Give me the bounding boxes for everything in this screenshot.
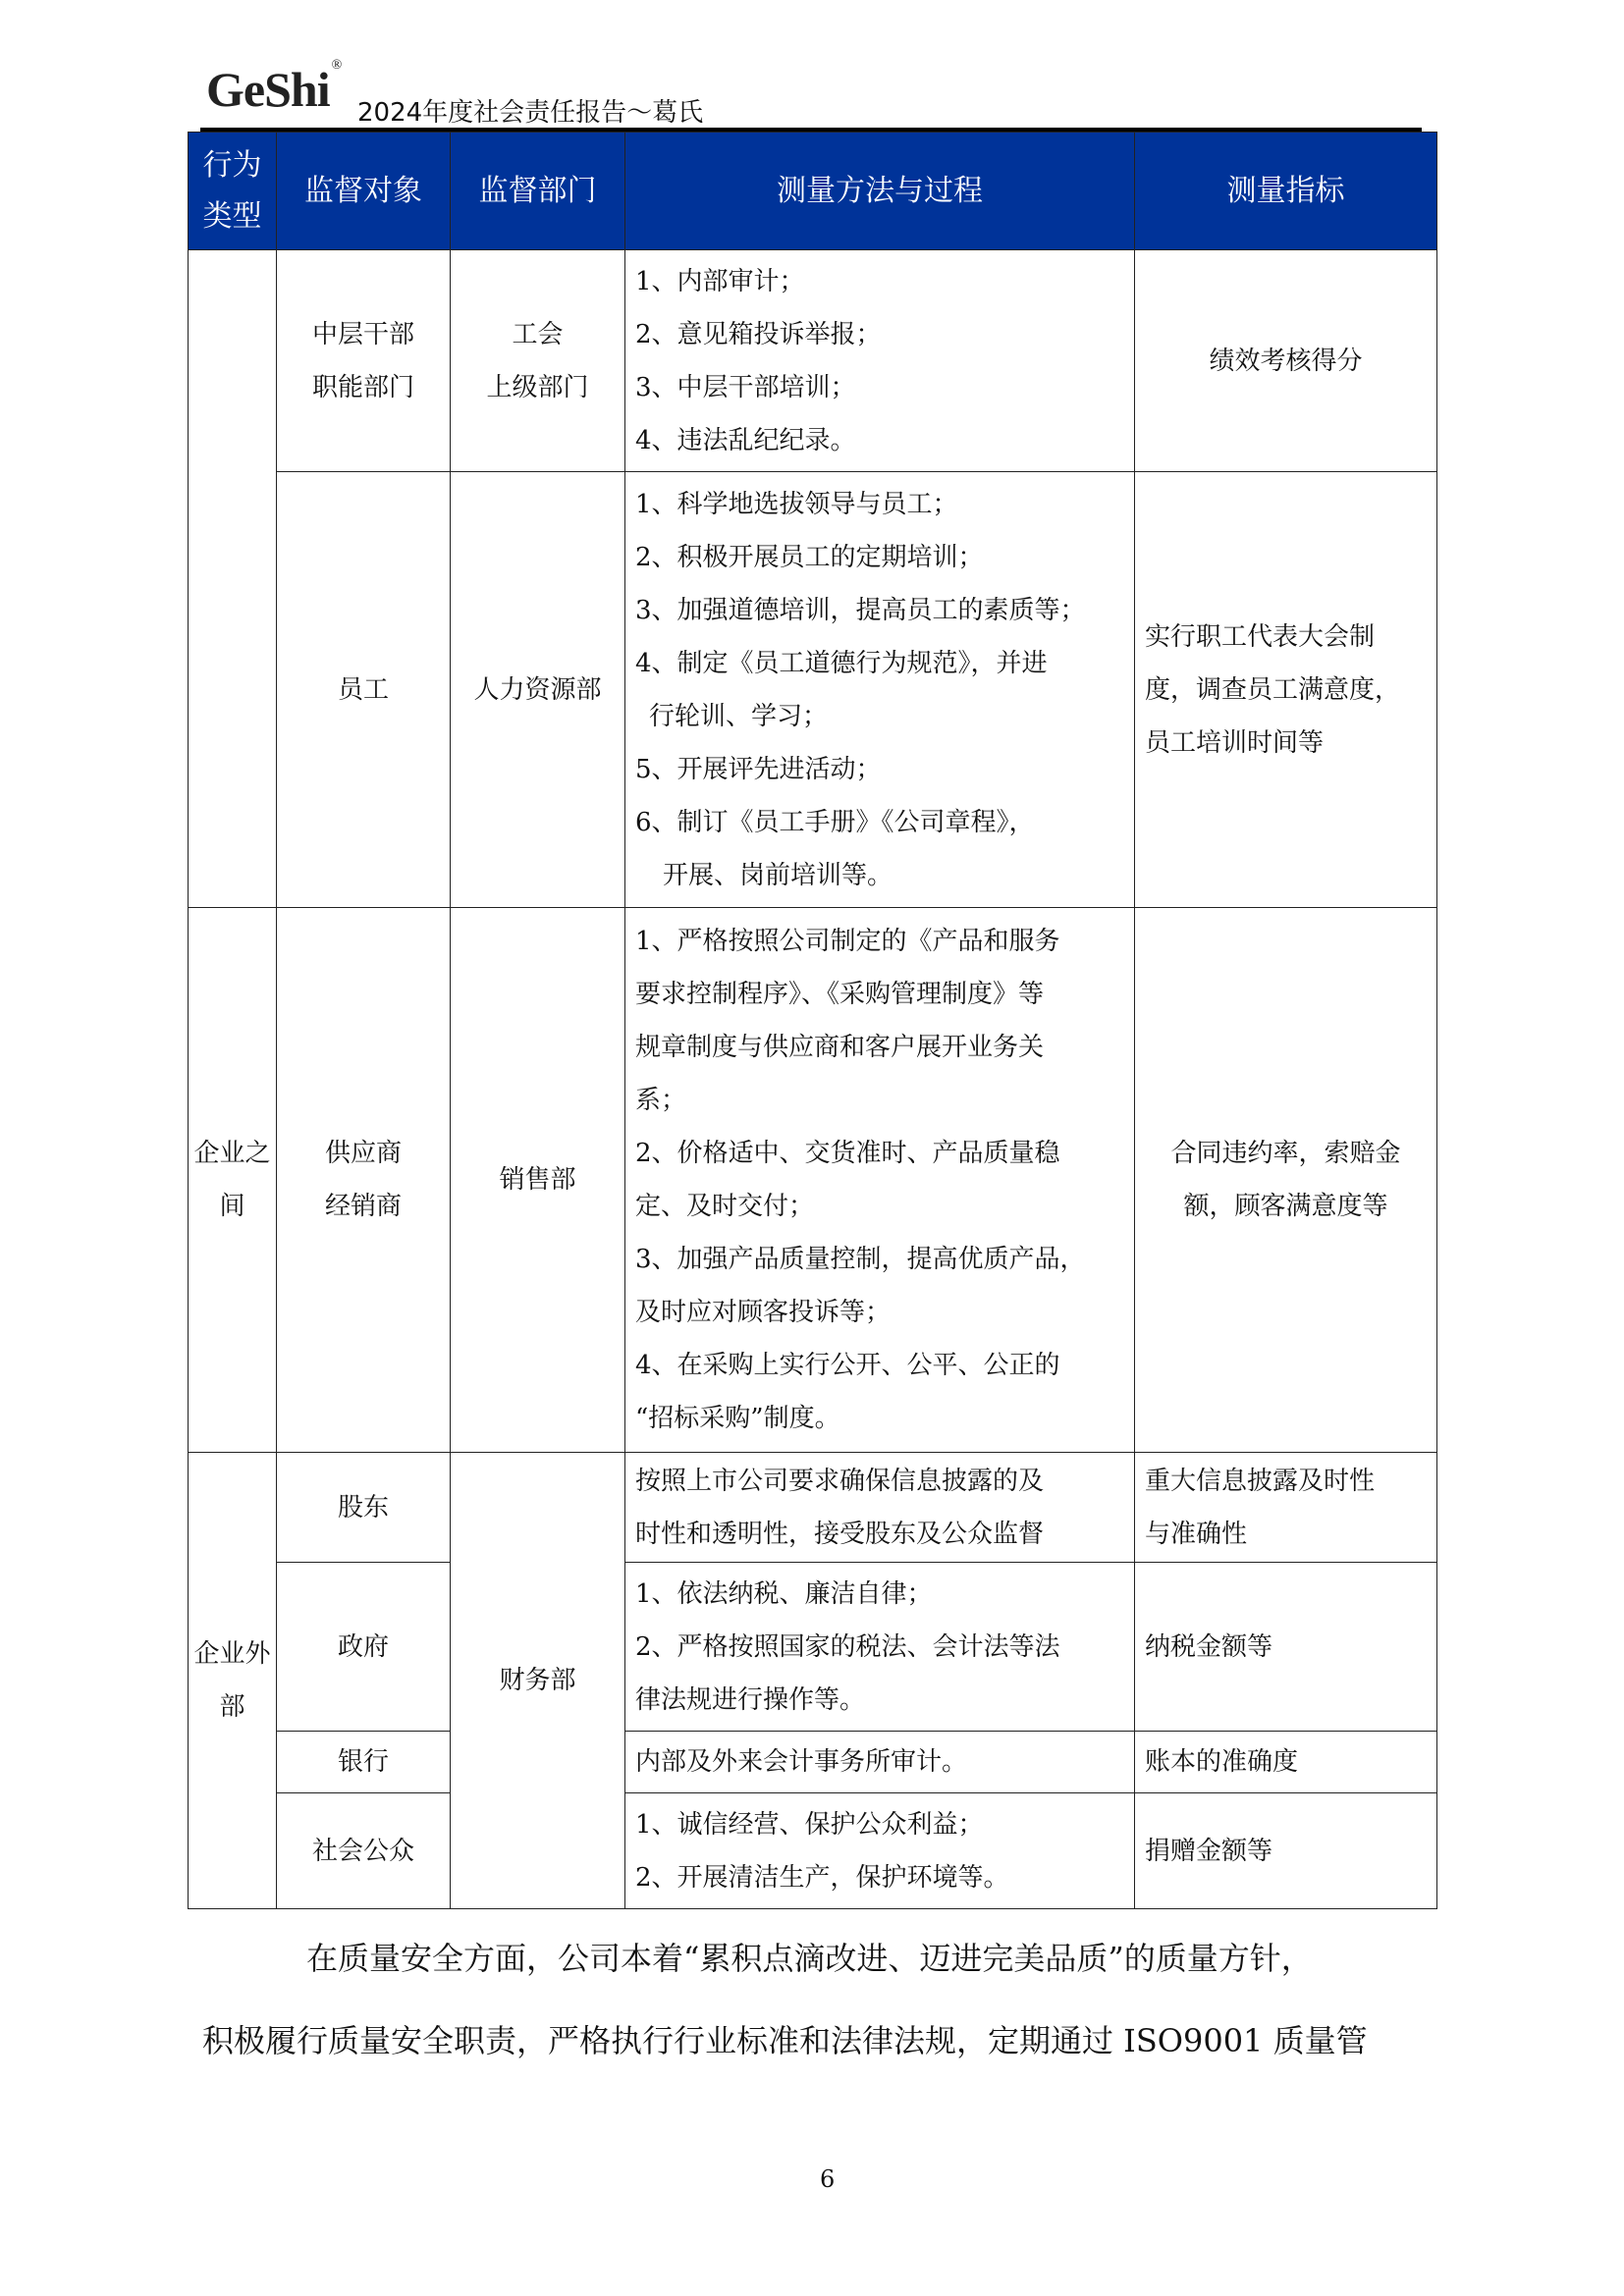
table-row: 中层干部 职能部门 工会 上级部门 1、内部审计； 2、意见箱投诉举报； 3、中… [189,250,1437,472]
page-number: 6 [820,2165,835,2193]
cell-line: 重大信息披露及时性 [1145,1455,1427,1508]
cell-line: 员工培训时间等 [1145,717,1427,770]
cell-line: 供应商 [287,1127,440,1180]
supervision-table: 行为类型 监督对象 监督部门 测量方法与过程 测量指标 中层干部 职能部门 工会… [188,132,1437,1909]
metric-cell: 纳税金额等 [1135,1563,1437,1732]
cell-line: 2、意见箱投诉举报； [635,308,1124,361]
dept-cell-finance: 财务部 [451,1453,625,1909]
cell-line: 企业外 [189,1628,276,1681]
type-cell-external: 企业外 部 [189,1453,277,1909]
document-title: 2024年度社会责任报告～葛氏 [357,92,703,129]
cell-line: 合同违约率，索赔金 [1145,1127,1427,1180]
metric-cell: 账本的准确度 [1135,1732,1437,1793]
metric-cell: 实行职工代表大会制 度，调查员工满意度， 员工培训时间等 [1135,472,1437,908]
cell-line: 4、在采购上实行公开、公平、公正的 [635,1339,1124,1392]
object-cell: 员工 [277,472,451,908]
metric-cell: 捐赠金额等 [1135,1793,1437,1909]
cell-line: 2、积极开展员工的定期培训； [635,531,1124,584]
cell-line: 规章制度与供应商和客户展开业务关 [635,1021,1124,1074]
cell-line: 要求控制程序》、《采购管理制度》等 [635,968,1124,1021]
type-cell-internal [189,250,277,908]
col-behavior-type: 行为类型 [189,133,277,250]
cell-line: 间 [189,1180,276,1233]
logo-text: GeShi [206,62,330,117]
table-header-row: 行为类型 监督对象 监督部门 测量方法与过程 测量指标 [189,133,1437,250]
object-cell: 股东 [277,1453,451,1563]
dept-cell: 人力资源部 [451,472,625,908]
dept-cell: 工会 上级部门 [451,250,625,472]
metric-cell: 合同违约率，索赔金 额，顾客满意度等 [1135,908,1437,1453]
cell-line: 行轮训、学习； [635,690,1124,743]
cell-line: 1、内部审计； [635,255,1124,308]
cell-line: 1、依法纳税、廉洁自律； [635,1568,1124,1621]
cell-line: 开展、岗前培训等。 [635,849,1124,902]
col-metrics: 测量指标 [1135,133,1437,250]
col-supervised-object: 监督对象 [277,133,451,250]
cell-line: 经销商 [287,1180,440,1233]
methods-cell: 1、依法纳税、廉洁自律； 2、严格按照国家的税法、会计法等法 律法规进行操作等。 [625,1563,1135,1732]
methods-cell: 内部及外来会计事务所审计。 [625,1732,1135,1793]
registered-mark: ® [332,58,342,73]
object-cell: 中层干部 职能部门 [277,250,451,472]
cell-line: 2、严格按照国家的税法、会计法等法 [635,1621,1124,1674]
cell-line: 律法规进行操作等。 [635,1674,1124,1727]
cell-line: 1、严格按照公司制定的《产品和服务 [635,915,1124,968]
object-cell: 政府 [277,1563,451,1732]
methods-cell: 1、严格按照公司制定的《产品和服务 要求控制程序》、《采购管理制度》等 规章制度… [625,908,1135,1453]
metric-cell: 重大信息披露及时性 与准确性 [1135,1453,1437,1563]
header-line: 行为 [189,140,275,191]
cell-line: 职能部门 [287,361,440,414]
cell-line: 3、中层干部培训； [635,361,1124,414]
table-row: 政府 1、依法纳税、廉洁自律； 2、严格按照国家的税法、会计法等法 律法规进行操… [189,1563,1437,1732]
cell-line: 5、开展评先进活动； [635,743,1124,796]
cell-line: 1、诚信经营、保护公众利益； [635,1798,1124,1851]
table-row: 企业之 间 供应商 经销商 销售部 1、严格按照公司制定的《产品和服务 要求控制… [189,908,1437,1453]
brand-logo: GeShi® [206,61,341,118]
cell-line: 绩效考核得分 [1145,335,1427,388]
cell-line: 员工 [287,664,440,717]
methods-cell: 1、科学地选拔领导与员工； 2、积极开展员工的定期培训； 3、加强道德培训，提高… [625,472,1135,908]
cell-line: 工会 [460,308,615,361]
cell-line: 按照上市公司要求确保信息披露的及 [635,1455,1124,1508]
cell-line: 实行职工代表大会制 [1145,611,1427,664]
cell-line: 3、加强产品质量控制，提高优质产品， [635,1233,1124,1286]
cell-line: 3、加强道德培训，提高员工的素质等； [635,584,1124,637]
cell-line: 企业之 [189,1127,276,1180]
body-paragraph-line-1: 在质量安全方面，公司本着“累积点滴改进、迈进完美品质”的质量方针， [306,1934,1534,1979]
cell-line: 定、及时交付； [635,1180,1124,1233]
table-row: 企业外 部 股东 财务部 按照上市公司要求确保信息披露的及 时性和透明性，接受股… [189,1453,1437,1563]
cell-line: 中层干部 [287,308,440,361]
methods-cell: 1、诚信经营、保护公众利益； 2、开展清洁生产，保护环境等。 [625,1793,1135,1909]
metric-cell: 绩效考核得分 [1135,250,1437,472]
cell-line: 及时应对顾客投诉等； [635,1286,1124,1339]
table-row: 员工 人力资源部 1、科学地选拔领导与员工； 2、积极开展员工的定期培训； 3、… [189,472,1437,908]
header-line: 类型 [189,191,275,242]
table-row: 社会公众 1、诚信经营、保护公众利益； 2、开展清洁生产，保护环境等。 捐赠金额… [189,1793,1437,1909]
object-cell: 社会公众 [277,1793,451,1909]
cell-line: “招标采购”制度。 [635,1392,1124,1445]
cell-line: 6、制订《员工手册》《公司章程》， [635,796,1124,849]
table-row: 银行 内部及外来会计事务所审计。 账本的准确度 [189,1732,1437,1793]
cell-line: 2、价格适中、交货准时、产品质量稳 [635,1127,1124,1180]
cell-line: 4、违法乱纪纪录。 [635,414,1124,467]
methods-cell: 按照上市公司要求确保信息披露的及 时性和透明性，接受股东及公众监督 [625,1453,1135,1563]
object-cell: 银行 [277,1732,451,1793]
cell-line: 系； [635,1074,1124,1127]
cell-line: 上级部门 [460,361,615,414]
col-methods: 测量方法与过程 [625,133,1135,250]
type-cell-inter-enterprise: 企业之 间 [189,908,277,1453]
cell-line: 4、制定《员工道德行为规范》，并进 [635,637,1124,690]
methods-cell: 1、内部审计； 2、意见箱投诉举报； 3、中层干部培训； 4、违法乱纪纪录。 [625,250,1135,472]
dept-cell: 销售部 [451,908,625,1453]
col-supervising-dept: 监督部门 [451,133,625,250]
cell-line: 1、科学地选拔领导与员工； [635,478,1124,531]
object-cell: 供应商 经销商 [277,908,451,1453]
cell-line: 额，顾客满意度等 [1145,1180,1427,1233]
cell-line: 部 [189,1681,276,1734]
cell-line: 2、开展清洁生产，保护环境等。 [635,1851,1124,1904]
cell-line: 人力资源部 [460,664,615,717]
cell-line: 销售部 [460,1153,615,1206]
cell-line: 与准确性 [1145,1508,1427,1561]
cell-line: 度，调查员工满意度， [1145,664,1427,717]
cell-line: 时性和透明性，接受股东及公众监督 [635,1508,1124,1561]
body-paragraph-line-2: 积极履行质量安全职责，严格执行行业标准和法律法规，定期通过 ISO9001 质量… [202,2016,1430,2061]
